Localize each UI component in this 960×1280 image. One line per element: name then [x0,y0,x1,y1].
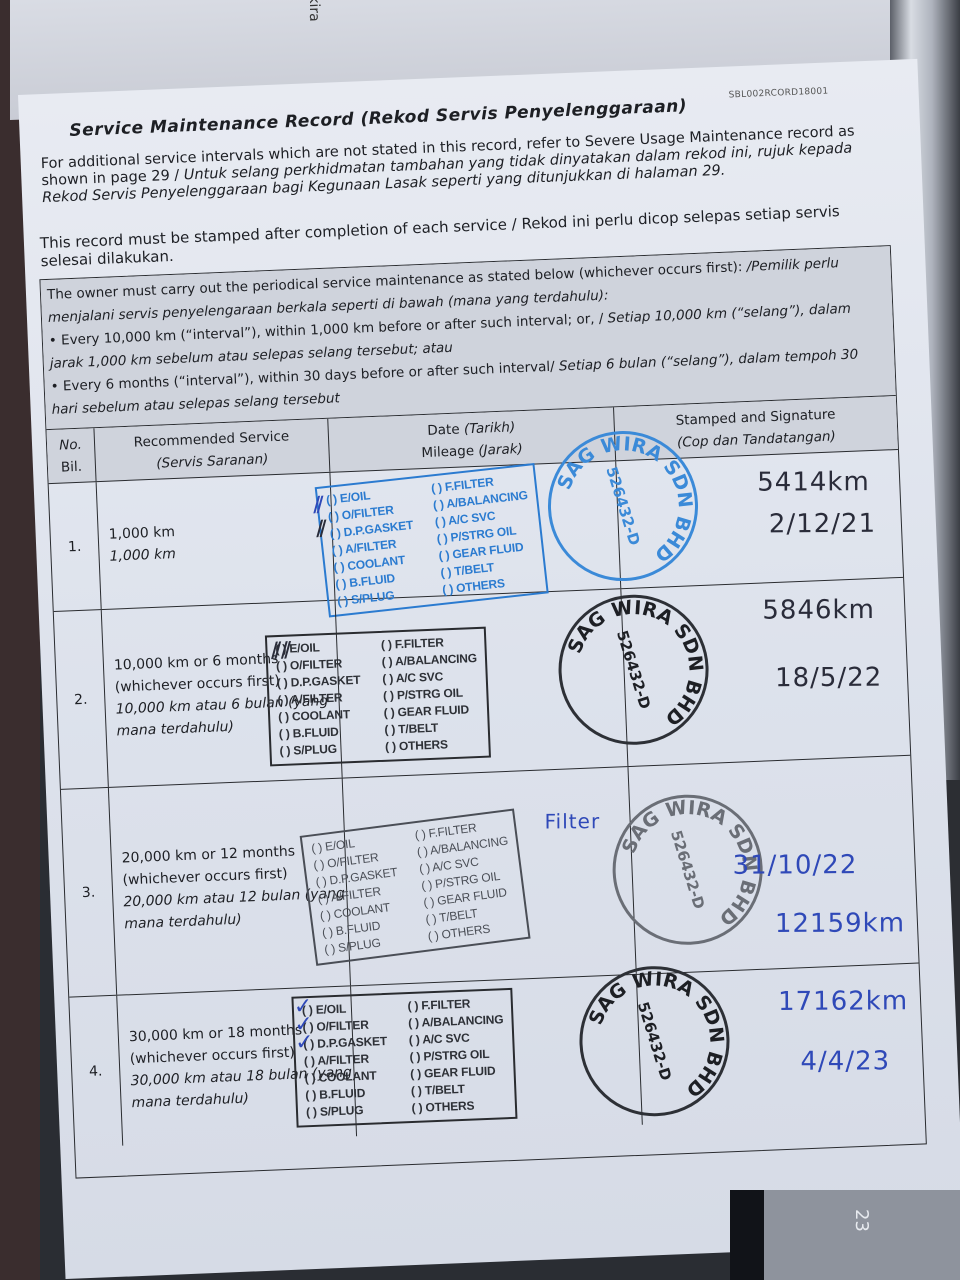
document-code: SBL002RCORD18001 [729,86,829,100]
checklist-right: ( ) F.FILTER( ) A/BALANCING( ) A/C SVC( … [430,470,538,599]
row-stamp-signature: SAG WIRA SDN BHD 526432-D 5414km 2/12/21 [616,450,903,588]
row-number: 4. [69,996,123,1148]
service-checklist-stamp: ( ) E/OIL( ) O/FILTER( ) D.P.GASKET( ) A… [265,627,491,767]
company-seal: SAG WIRA SDN BHD 526432-D [556,592,712,748]
check-mark-icon: ✓ [295,1030,314,1056]
handwritten-mileage: 5846km [762,595,875,626]
svg-text:SAG WIRA SDN BHD: SAG WIRA SDN BHD [550,431,697,571]
seal-ring-text: SAG WIRA SDN BHD [548,431,698,581]
service-record-page: Service Maintenance Record (Rekod Servis… [18,59,960,1279]
seal-reg-no: 526432-D [667,828,708,911]
header-mileage-ms: (Jarak) [478,441,523,459]
page-tab-spine [730,1190,764,1280]
checklist-right: ( ) F.FILTER( ) A/BALANCING( ) A/C SVC( … [381,633,481,756]
checklist-left: ( ) E/OIL( ) O/FILTER( ) D.P.GASKET( ) A… [302,999,390,1121]
row-date-mileage: ( ) E/OIL( ) O/FILTER( ) D.P.GASKET( ) A… [343,767,637,985]
check-mark-icon: ⫽ [316,517,327,542]
header-date-en: Date [427,421,460,438]
checklist-left: ( ) E/OIL( ) O/FILTER( ) D.P.GASKET( ) A… [310,830,407,958]
handwritten-note: Filter [545,809,601,833]
checklist-right: ( ) F.FILTER( ) A/BALANCING( ) A/C SVC( … [407,994,507,1117]
checklist-item: ( ) S/PLUG [306,1101,390,1121]
row-stamp-signature: SAG WIRA SDN BHD 526432-D 17162km 4/4/23 [637,964,925,1125]
checklist-right: ( ) F.FILTER( ) A/BALANCING( ) A/C SVC( … [414,816,520,946]
seal-reg-no: 526432-D [613,628,654,711]
header-service: Recommended Service (Servis Saranan) [94,419,330,481]
row-number: 1. [49,482,102,611]
seal-reg-no: 526432-D [602,465,643,548]
row-service: 1,000 km 1,000 km [97,473,336,609]
checklist-item: ( ) COOLANT [278,706,362,726]
seal-ring-text: SAG WIRA SDN BHD [580,966,730,1116]
stamp-note-en: This record must be stamped after comple… [40,215,518,252]
handwritten-date: 4/4/23 [800,1046,890,1076]
header-mileage-en: Mileage [421,442,474,460]
row-stamp-signature: SAG WIRA SDN BHD 526432-D 5846km 18/5/22 [621,578,910,766]
page-number-tab: 23 [730,1190,960,1280]
handwritten-mileage: 17162km [778,986,908,1017]
checklist-item: ( ) OTHERS [411,1096,507,1117]
service-checklist-stamp: ( ) E/OIL( ) O/FILTER( ) D.P.GASKET( ) A… [291,988,517,1128]
row-stamp-signature: SAG WIRA SDN BHD 526432-D 31/10/22 12159… [628,756,918,974]
checklist-item: ( ) S/PLUG [279,740,363,760]
handwritten-date: 2/12/21 [769,509,876,540]
table-row: 3. 20,000 km or 12 months (whichever occ… [61,756,919,998]
checklist-item: ( ) COOLANT [304,1067,388,1087]
company-seal: SAG WIRA SDN BHD 526432-D [577,963,733,1119]
check-mark-icon: ⫽⫽ [271,638,292,664]
previous-page-fragment: kira [306,0,322,22]
handwritten-date: 18/5/22 [775,663,882,694]
header-no: No. Bil. [46,428,96,483]
header-service-ms: (Servis Saranan) [156,448,269,474]
table-row: 2. 10,000 km or 6 months (whichever occu… [54,578,910,790]
header-no-en: No. [59,433,83,456]
header-date-ms: (Tarikh) [464,419,516,437]
header-no-ms: Bil. [60,455,82,478]
handwritten-mileage: 5414km [757,467,870,498]
company-seal: SAG WIRA SDN BHD 526432-D [545,428,701,584]
seal-ring-text: SAG WIRA SDN BHD [559,595,709,745]
svg-text:SAG WIRA SDN BHD: SAG WIRA SDN BHD [561,595,708,735]
checklist-left: ( ) E/OIL( ) O/FILTER( ) D.P.GASKET( ) A… [325,483,421,610]
checklist-item: ( ) D.P.GASKET [303,1033,387,1053]
checklist-item: ( ) OTHERS [385,735,481,756]
page-number: 23 [851,1209,872,1232]
service-checklist-stamp: ( ) E/OIL( ) O/FILTER( ) D.P.GASKET( ) A… [300,809,531,966]
seal-reg-no: 526432-D [634,1000,675,1083]
service-record-table: The owner must carry out the periodical … [39,245,926,1178]
handwritten-date: 31/10/22 [732,850,857,881]
handwritten-mileage: 12159km [775,908,905,939]
checklist-item: ( ) D.P.GASKET [276,672,360,692]
check-mark-icon: ⫽ [313,493,324,518]
row-number: 2. [54,610,109,789]
svg-text:SAG WIRA SDN BHD: SAG WIRA SDN BHD [582,966,729,1106]
row-number: 3. [61,788,117,997]
header-mileage: Mileage (Jarak) [421,438,523,464]
